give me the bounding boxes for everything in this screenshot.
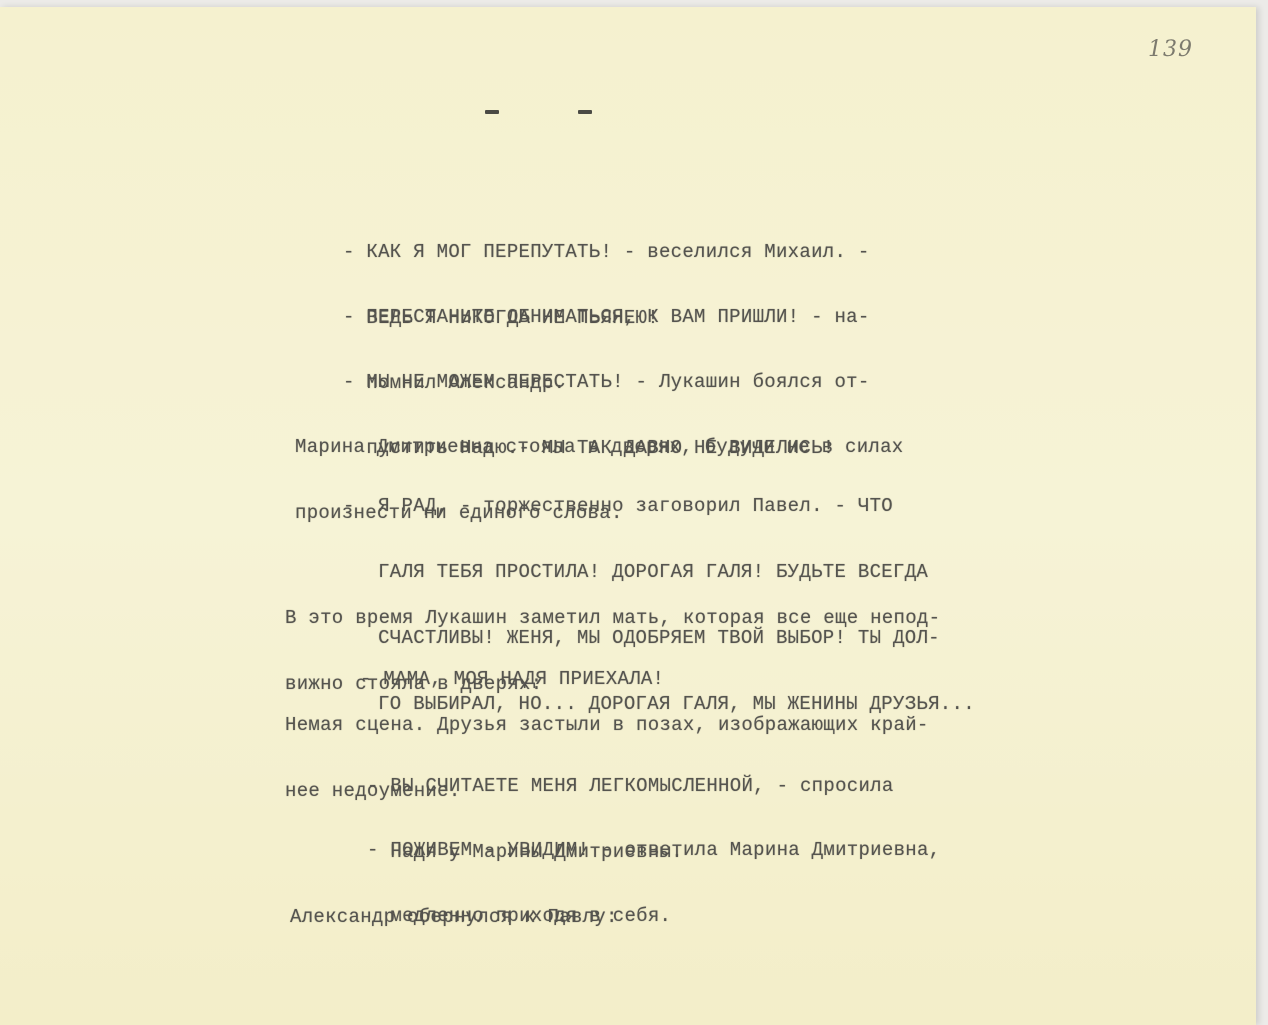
narration-block: Александр обернулся к Павлу: <box>290 862 618 972</box>
text-line: - ВЫ СЧИТАЕТЕ МЕНЯ ЛЕГКОМЫСЛЕННОЙ, - спр… <box>367 775 894 797</box>
text-line: - КАК Я МОГ ПЕРЕПУТАТЬ! - веселился Миха… <box>343 241 870 263</box>
text-line: - ПОЖИВЕМ - УВИДИМ! - ответила Марина Дм… <box>367 839 940 861</box>
text-line: Александр обернулся к Павлу: <box>290 906 618 928</box>
header-dash-right <box>578 110 592 114</box>
text-line: - МЫ НЕ МОЖЕМ ПЕРЕСТАТЬ! - Лукашин боялс… <box>343 371 870 393</box>
text-line: - Я РАД, - торжественно заговорил Павел.… <box>343 495 975 517</box>
typewritten-page: 139 - КАК Я МОГ ПЕРЕПУТАТЬ! - веселился … <box>0 7 1256 1025</box>
text-line: - ПЕРЕСТАНЬТЕ ОБНИМАТЬСЯ, К ВАМ ПРИШЛИ! … <box>343 306 870 328</box>
header-dash-left <box>485 110 499 114</box>
handwritten-page-number: 139 <box>1148 37 1193 62</box>
